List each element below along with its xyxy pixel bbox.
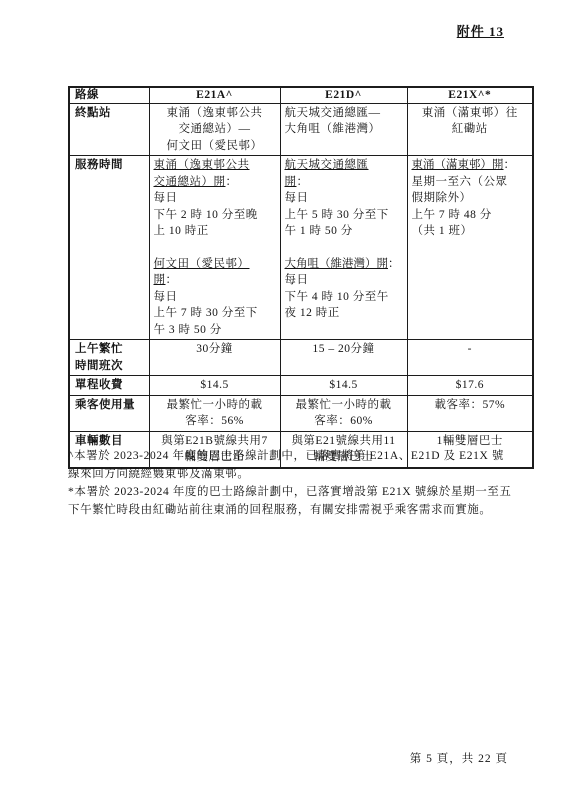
terminus-e21a: 東涌（逸東邨公共 交通總站）— 何文田（愛民邨） — [149, 103, 280, 156]
am-peak-label: 上午繁忙 時間班次 — [69, 340, 149, 376]
annex-label: 附件 13 — [457, 21, 504, 40]
service-gap — [285, 240, 403, 256]
bus-route-table: 路線 E21A^ E21D^ E21X^* 終點站 東涌（逸東邨公共 交通總站）… — [68, 86, 534, 469]
row-terminus: 終點站 東涌（逸東邨公共 交通總站）— 何文田（愛民邨） 航天城交通總匯— 大角… — [69, 103, 533, 156]
service-heading: 航天城交通總匯 開： — [285, 157, 403, 190]
terminus-e21d: 航天城交通總匯— 大角咀（維港灣） — [280, 103, 407, 156]
document-page: 附件 13 路線 E21A^ E21D^ E21X^* 終點站 東涌（逸東邨公共… — [0, 0, 566, 800]
service-line: 上午 7 時 30 分至下 午 3 時 50 分 — [154, 305, 276, 338]
service-heading: 何文田（愛民邨） 開： — [154, 256, 276, 289]
service-hours-e21d: 航天城交通總匯 開： 每日 上午 5 時 30 分至下 午 1 時 50 分 大… — [280, 156, 407, 340]
footnote-caret: ^本署於 2023-2024 年度的巴士路線計劃中，已落實將第 E21A、E21… — [68, 447, 514, 483]
service-line: （共 1 班） — [412, 223, 529, 240]
service-line: 星期一至六（公眾 假期除外） — [412, 174, 529, 207]
service-heading: 東涌（滿東邨）開： — [412, 157, 529, 174]
terminus-e21x: 東涌（滿東邨）往 紅磡站 — [407, 103, 533, 156]
col-header-e21d: E21D^ — [280, 87, 407, 103]
service-line: 上午 5 時 30 分至下 午 1 時 50 分 — [285, 207, 403, 240]
footnote-asterisk: *本署於 2023-2024 年度的巴士路線計劃中，已落實增設第 E21X 號線… — [68, 483, 514, 519]
row-am-peak-frequency: 上午繁忙 時間班次 30分鐘 15 – 20分鐘 - — [69, 340, 533, 376]
am-peak-e21a: 30分鐘 — [149, 340, 280, 376]
service-hours-label: 服務時間 — [69, 156, 149, 340]
service-hours-e21x: 東涌（滿東邨）開： 星期一至六（公眾 假期除外） 上午 7 時 48 分 （共 … — [407, 156, 533, 340]
service-line: 每日 — [285, 272, 403, 289]
row-header: 路線 E21A^ E21D^ E21X^* — [69, 87, 533, 103]
row-patronage: 乘客使用量 最繁忙一小時的載 客率：56% 最繁忙一小時的載 客率：60% 載客… — [69, 395, 533, 431]
col-header-e21x: E21X^* — [407, 87, 533, 103]
service-heading: 大角咀（維港灣）開： — [285, 256, 403, 273]
row-fare: 單程收費 $14.5 $14.5 $17.6 — [69, 376, 533, 396]
service-line: 每日 — [154, 190, 276, 207]
service-line: 每日 — [285, 190, 403, 207]
fare-e21x: $17.6 — [407, 376, 533, 396]
service-heading: 東涌（逸東邨公共 交通總站）開： — [154, 157, 276, 190]
page-number: 第 5 頁，共 22 頁 — [410, 750, 508, 766]
terminus-label: 終點站 — [69, 103, 149, 156]
patronage-e21d: 最繁忙一小時的載 客率：60% — [280, 395, 407, 431]
patronage-e21a: 最繁忙一小時的載 客率：56% — [149, 395, 280, 431]
patronage-e21x: 載客率：57% — [407, 395, 533, 431]
col-header-route: 路線 — [69, 87, 149, 103]
service-line: 下午 2 時 10 分至晚 上 10 時正 — [154, 207, 276, 240]
am-peak-e21x: - — [407, 340, 533, 376]
service-hours-e21a: 東涌（逸東邨公共 交通總站）開： 每日 下午 2 時 10 分至晚 上 10 時… — [149, 156, 280, 340]
footnotes: ^本署於 2023-2024 年度的巴士路線計劃中，已落實將第 E21A、E21… — [68, 447, 514, 519]
service-line: 上午 7 時 48 分 — [412, 207, 529, 224]
am-peak-e21d: 15 – 20分鐘 — [280, 340, 407, 376]
service-gap — [154, 240, 276, 256]
fare-label: 單程收費 — [69, 376, 149, 396]
patronage-label: 乘客使用量 — [69, 395, 149, 431]
fare-e21a: $14.5 — [149, 376, 280, 396]
service-line: 每日 — [154, 289, 276, 306]
row-service-hours: 服務時間 東涌（逸東邨公共 交通總站）開： 每日 下午 2 時 10 分至晚 上… — [69, 156, 533, 340]
col-header-e21a: E21A^ — [149, 87, 280, 103]
service-line: 下午 4 時 10 分至午 夜 12 時正 — [285, 289, 403, 322]
fare-e21d: $14.5 — [280, 376, 407, 396]
